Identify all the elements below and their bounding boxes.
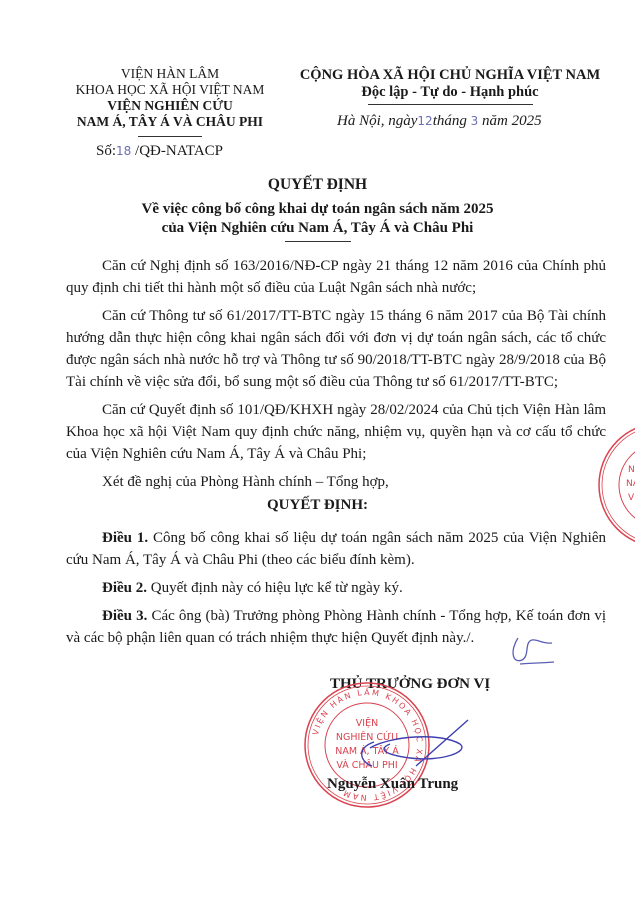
article-label: Điều 1. [102,530,148,546]
agency-line-3: VIỆN NGHIÊN CỨU [60,98,280,114]
number-suffix: /QĐ-NATACP [131,143,223,159]
subtitle-line-1: Về việc công bố công khai dự toán ngân s… [0,200,635,219]
preamble-item: Xét đề nghị của Phòng Hành chính – Tổng … [66,471,606,493]
nation-name: CỘNG HÒA XÃ HỘI CHỦ NGHĨA VIỆT NAM [285,67,615,84]
agency-line-1: VIỆN HÀN LÂM [60,66,280,82]
svg-text:NA: NA [626,479,635,489]
issuing-agency-block: VIỆN HÀN LÂM KHOA HỌC XÃ HỘI VIỆT NAM VI… [60,66,280,137]
number-handwritten: 18 [116,144,131,158]
national-motto-block: CỘNG HÒA XÃ HỘI CHỦ NGHĨA VIỆT NAM Độc l… [285,67,615,105]
number-prefix: Số: [96,143,116,159]
agency-divider [138,136,202,137]
signature-icon [350,718,480,778]
margin-stamp-icon: NNAV [596,420,635,550]
motto: Độc lập - Tự do - Hạnh phúc [285,84,615,101]
svg-text:V: V [628,493,635,503]
article-label: Điều 3. [102,608,147,624]
preamble-item: Căn cứ Nghị định số 163/2016/NĐ-CP ngày … [66,255,606,299]
signatory-name: Nguyễn Xuân Trung [327,776,458,793]
date-year: năm 2025 [478,113,541,129]
issue-date: Hà Nội, ngày12tháng 3 năm 2025 [337,113,542,130]
agency-line-2: KHOA HỌC XÃ HỘI VIỆT NAM [60,82,280,98]
preamble: Căn cứ Nghị định số 163/2016/NĐ-CP ngày … [66,255,606,499]
motto-divider [368,104,533,105]
article-text: Quyết định này có hiệu lực kể từ ngày ký… [147,580,403,596]
decision-heading: QUYẾT ĐỊNH: [0,497,635,514]
preamble-item: Căn cứ Thông tư số 61/2017/TT-BTC ngày 1… [66,305,606,393]
article-label: Điều 2. [102,580,147,596]
subtitle-line-2: của Viện Nghiên cứu Nam Á, Tây Á và Châu… [0,219,635,238]
initials-mark [508,630,558,670]
svg-text:N: N [628,465,635,475]
document-number: Số:18 /QĐ-NATACP [96,143,223,160]
document-title: QUYẾT ĐỊNH [0,176,635,194]
date-prefix: Hà Nội, ngày [337,113,417,129]
agency-line-4: NAM Á, TÂY Á VÀ CHÂU PHI [60,114,280,130]
preamble-item: Căn cứ Quyết định số 101/QĐ/KHXH ngày 28… [66,399,606,465]
article-2: Điều 2. Quyết định này có hiệu lực kể từ… [66,577,606,599]
date-day: 12 [417,114,432,128]
article-1: Điều 1. Công bố công khai số liệu dự toá… [66,527,606,571]
date-month-label: tháng [433,113,471,129]
subtitle-divider [285,241,351,242]
document-subtitle: Về việc công bố công khai dự toán ngân s… [0,200,635,242]
